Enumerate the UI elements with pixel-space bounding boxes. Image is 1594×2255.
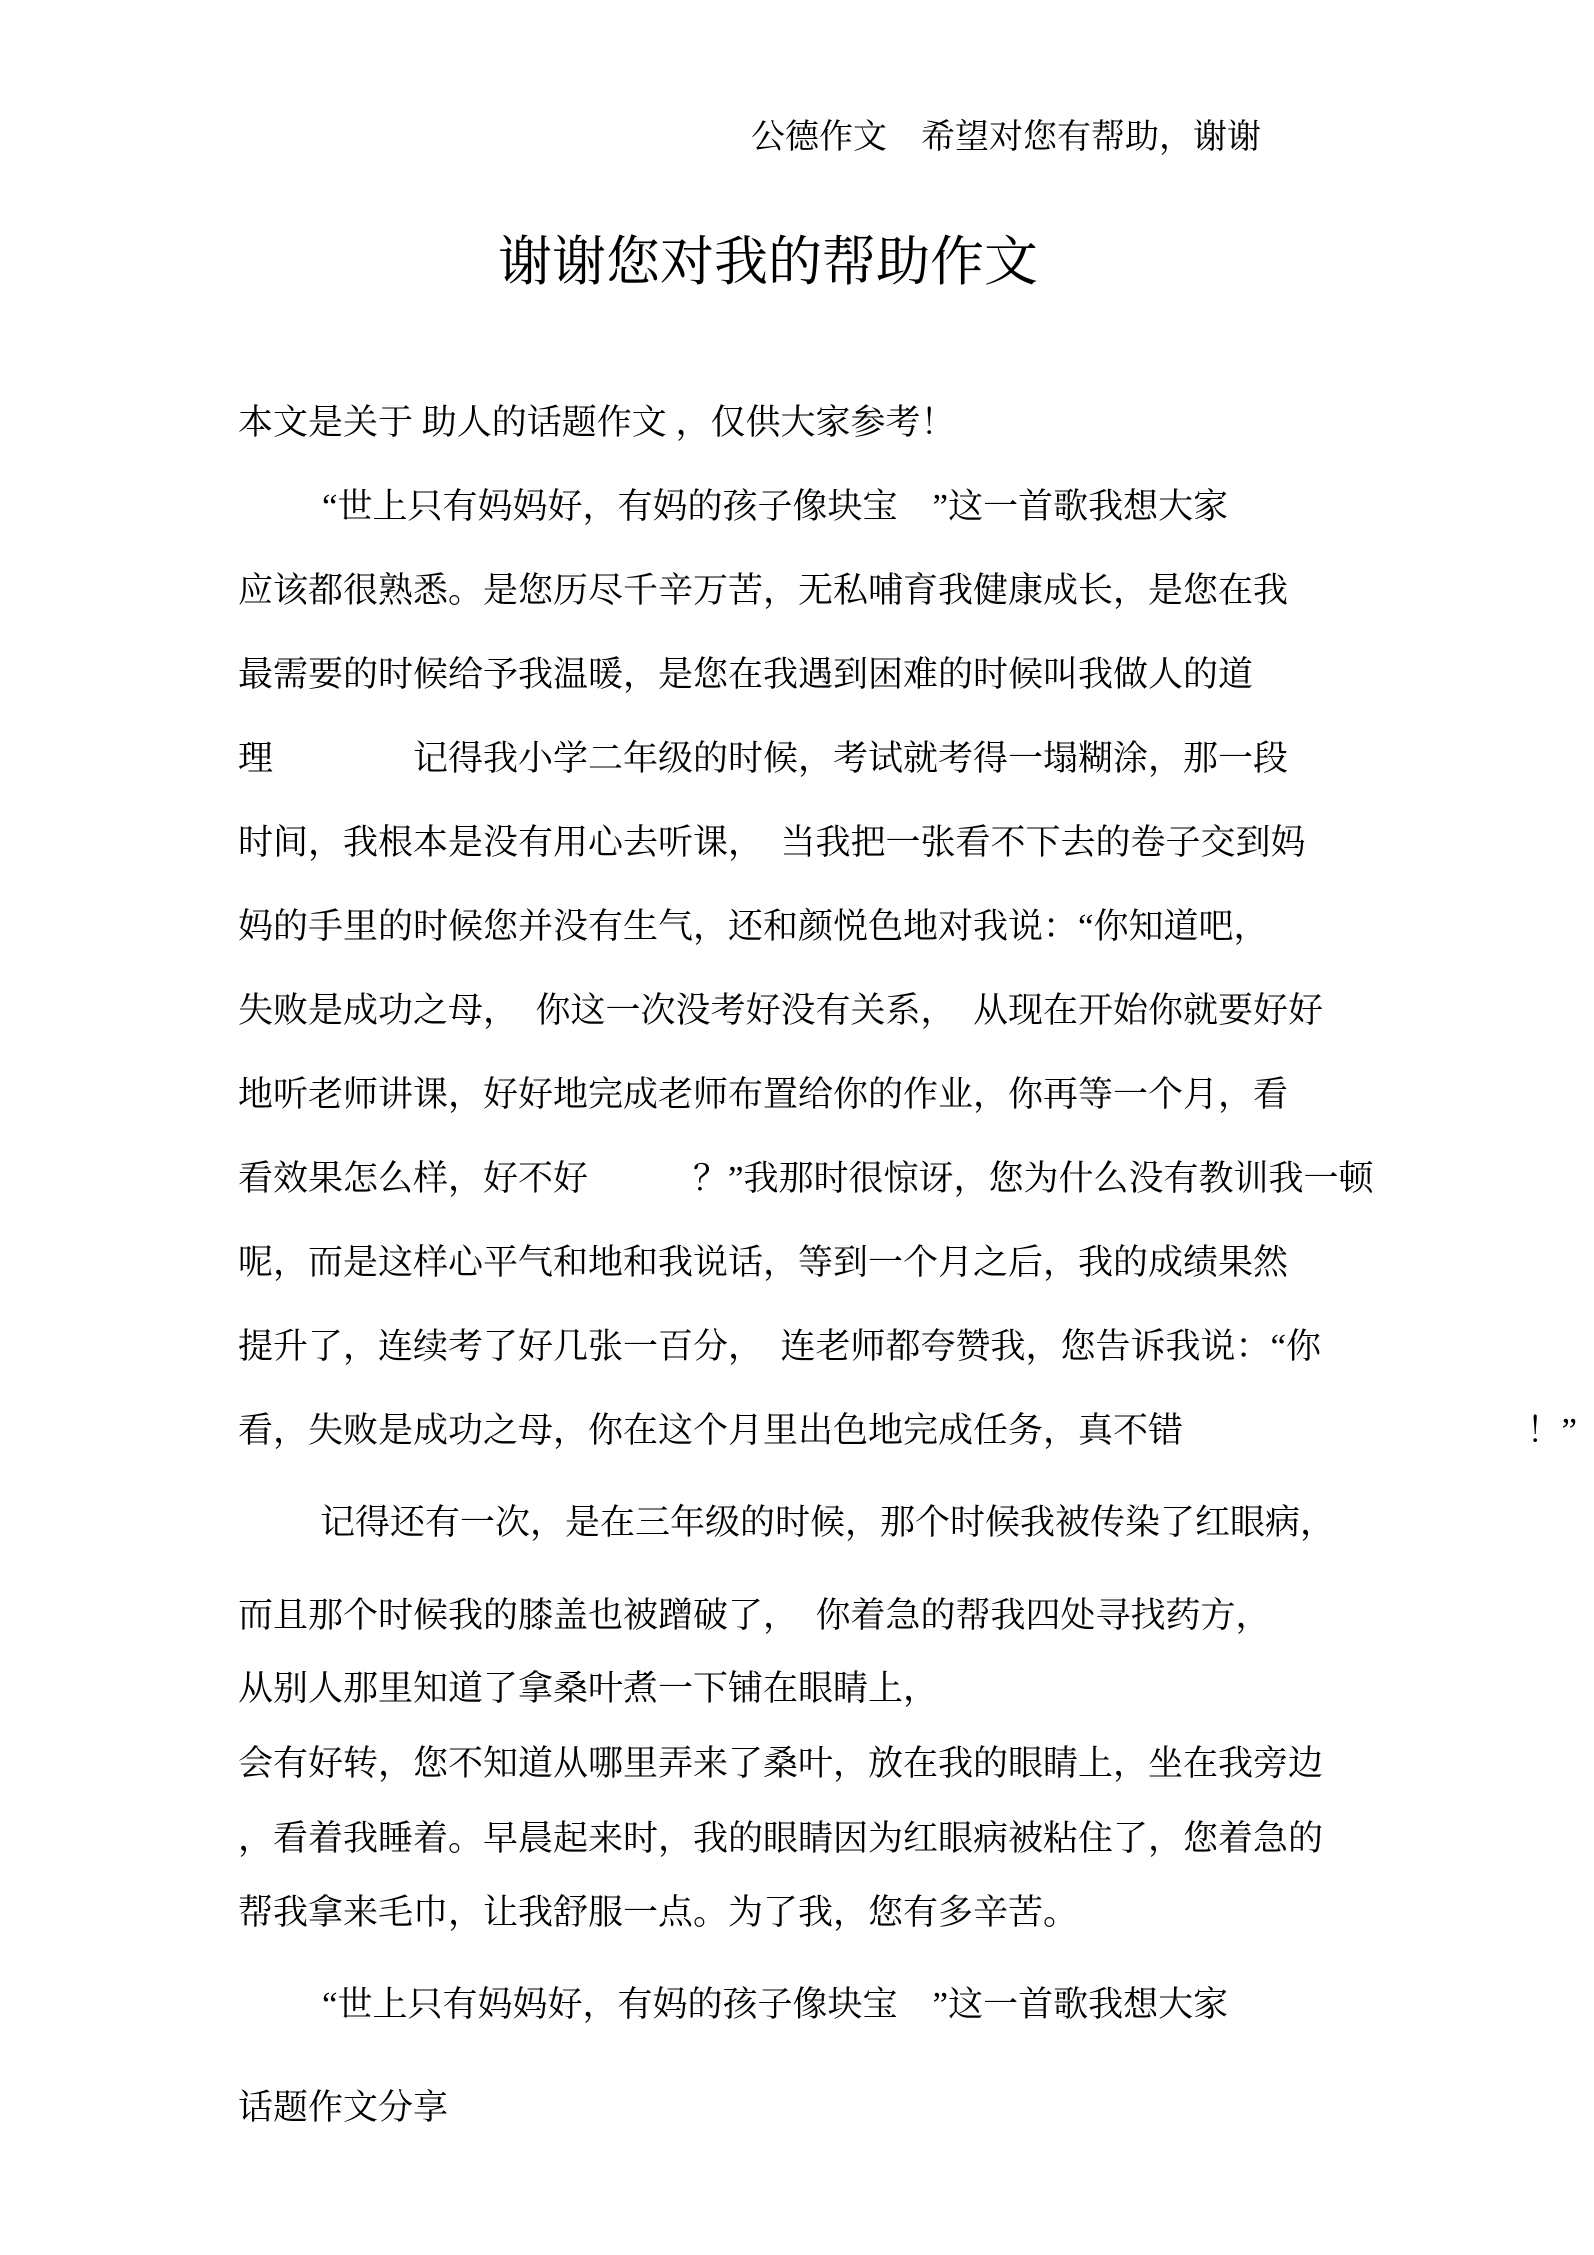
essay-line: “世上只有妈妈好，有妈的孩子像块宝 ”这一首歌我想大家 [322, 486, 1228, 528]
essay-line: 提升了，连续考了好几张一百分， 连老师都夸赞我，您告诉我说：“你 [238, 1326, 1321, 1368]
essay-line: “世上只有妈妈好，有妈的孩子像块宝 ”这一首歌我想大家 [322, 1984, 1228, 2026]
document-header: 公德作文 希望对您有帮助，谢谢 [751, 118, 1261, 157]
essay-line: 理 记得我小学二年级的时候，考试就考得一塌糊涂，那一段 [238, 738, 1288, 780]
essay-line: 本文是关于 助人的话题作文 ，仅供大家参考！ [238, 402, 956, 444]
essay-line: 应该都很熟悉。是您历尽千辛万苦，无私哺育我健康成长，是您在我 [238, 570, 1288, 612]
essay-title: 谢谢您对我的帮助作文 [498, 231, 1038, 293]
essay-line: 时间，我根本是没有用心去听课， 当我把一张看不下去的卷子交到妈 [238, 822, 1306, 864]
essay-line: ，看着我睡着。早晨起来时，我的眼睛因为红眼病被粘住了，您着急的 [238, 1818, 1323, 1860]
essay-line: 而且那个时候我的膝盖也被蹭破了， 你着急的帮我四处寻找药方， [238, 1595, 1271, 1637]
essay-line: 呢，而是这样心平气和地和我说话，等到一个月之后，我的成绩果然 [238, 1242, 1288, 1284]
essay-line: 失败是成功之母， 你这一次没考好没有关系， 从现在开始你就要好好 [238, 990, 1323, 1032]
essay-line: 妈的手里的时候您并没有生气，还和颜悦色地对我说：“你知道吧， [238, 906, 1269, 948]
essay-line-text: 看，失败是成功之母，你在这个月里出色地完成任务，真不错 [238, 1410, 1183, 1452]
essay-line: 最需要的时候给予我温暖，是您在我遇到困难的时候叫我做人的道 [238, 654, 1253, 696]
essay-line: 看效果怎么样，好不好 ？”我那时很惊讶，您为什么没有教训我一顿 [238, 1158, 1374, 1200]
footer-text: 话题作文分享 [238, 2087, 448, 2129]
closing-exclamation-quote: ！” [1526, 1410, 1577, 1452]
essay-line: 从别人那里知道了拿桑叶煮一下铺在眼睛上， [238, 1668, 938, 1710]
essay-line: 记得还有一次，是在三年级的时候，那个时候我被传染了红眼病， [320, 1502, 1335, 1544]
essay-line: 会有好转，您不知道从哪里弄来了桑叶，放在我的眼睛上，坐在我旁边 [238, 1743, 1323, 1785]
essay-line: 地听老师讲课，好好地完成老师布置给你的作业，你再等一个月，看 [238, 1074, 1288, 1116]
essay-line-with-right-mark: 看，失败是成功之母，你在这个月里出色地完成任务，真不错 ！” [238, 1410, 1577, 1452]
document-page: 公德作文 希望对您有帮助，谢谢 谢谢您对我的帮助作文 本文是关于 助人的话题作文… [0, 0, 1594, 2255]
essay-line: 帮我拿来毛巾，让我舒服一点。为了我，您有多辛苦。 [238, 1892, 1078, 1934]
